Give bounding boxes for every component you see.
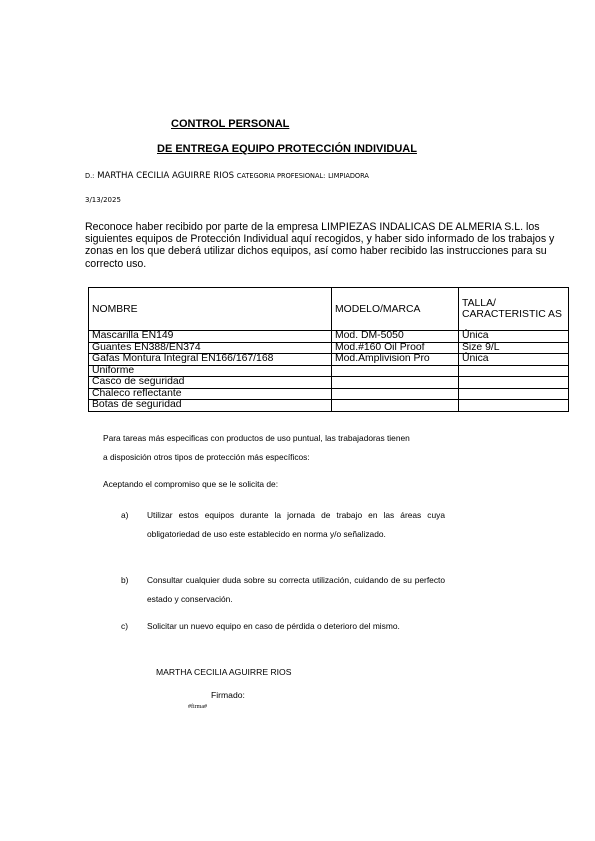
- cell-nombre: Gafas Montura Integral EN166/167/168: [89, 354, 332, 366]
- cell-talla: [459, 365, 569, 377]
- table-row: Guantes EN388/EN374 Mod.#160 Oil Proof S…: [89, 342, 569, 354]
- category-value: LIMPIADORA: [328, 172, 369, 180]
- cell-modelo: Mod. DM-5050: [332, 331, 459, 343]
- item-label: c): [121, 617, 128, 636]
- table-row: Chaleco reflectante: [89, 388, 569, 400]
- title-control-personal: CONTROL PERSONAL: [171, 118, 289, 130]
- table-row: Mascarilla EN149 Mod. DM-5050 Única: [89, 331, 569, 343]
- item-text: Consultar cualquier duda sobre su correc…: [147, 571, 445, 608]
- epi-table: NOMBRE MODELO/MARCA TALLA/ CARACTERISTIC…: [88, 287, 569, 412]
- cell-nombre: Uniforme: [89, 365, 332, 377]
- recipient-prefix: D.:: [85, 172, 94, 180]
- item-label: a): [121, 506, 128, 525]
- cell-modelo: [332, 365, 459, 377]
- cell-nombre: Botas de seguridad: [89, 400, 332, 412]
- cell-nombre: Chaleco reflectante: [89, 388, 332, 400]
- signature-placeholder: #firma#: [188, 704, 207, 710]
- item-text: Utilizar estos equipos durante la jornad…: [147, 506, 445, 543]
- para-specific-line1: Para tareas más especificas con producto…: [103, 433, 410, 443]
- table-row: Gafas Montura Integral EN166/167/168 Mod…: [89, 354, 569, 366]
- title-entrega-epi: DE ENTREGA EQUIPO PROTECCIÓN INDIVIDUAL: [157, 143, 417, 155]
- cell-talla: [459, 388, 569, 400]
- para-specific-line2: a disposición otros tipos de protección …: [103, 452, 310, 462]
- cell-modelo: [332, 388, 459, 400]
- table-row: Uniforme: [89, 365, 569, 377]
- cell-talla: [459, 377, 569, 389]
- item-text: Solicitar un nuevo equipo en caso de pér…: [147, 617, 445, 636]
- cell-nombre: Guantes EN388/EN374: [89, 342, 332, 354]
- para-commitment: Aceptando el compromiso que se le solici…: [103, 479, 278, 489]
- recipient-line: D.: MARTHA CECILIA AGUIRRE RIOS CATEGORI…: [85, 171, 369, 181]
- header-talla: TALLA/ CARACTERISTIC AS: [459, 288, 569, 331]
- document-date: 3/13/2025: [85, 196, 121, 204]
- recipient-name: MARTHA CECILIA AGUIRRE RIOS: [97, 171, 234, 181]
- cell-modelo: Mod.Amplivision Pro: [332, 354, 459, 366]
- header-modelo-marca: MODELO/MARCA: [332, 288, 459, 331]
- category-label: CATEGORIA PROFESIONAL:: [237, 172, 326, 180]
- cell-talla: Única: [459, 354, 569, 366]
- signed-label: Firmado:: [211, 690, 245, 700]
- item-label: b): [121, 571, 128, 590]
- table-header-row: NOMBRE MODELO/MARCA TALLA/ CARACTERISTIC…: [89, 288, 569, 331]
- cell-modelo: Mod.#160 Oil Proof: [332, 342, 459, 354]
- cell-talla: [459, 400, 569, 412]
- intro-paragraph: Reconoce haber recibido por parte de la …: [85, 221, 555, 270]
- cell-modelo: [332, 377, 459, 389]
- signer-name: MARTHA CECILIA AGUIRRE RIOS: [156, 667, 291, 677]
- table-row: Botas de seguridad: [89, 400, 569, 412]
- cell-talla: Única: [459, 331, 569, 343]
- cell-nombre: Mascarilla EN149: [89, 331, 332, 343]
- table-row: Casco de seguridad: [89, 377, 569, 389]
- cell-talla: Size 9/L: [459, 342, 569, 354]
- header-nombre: NOMBRE: [89, 288, 332, 331]
- cell-nombre: Casco de seguridad: [89, 377, 332, 389]
- cell-modelo: [332, 400, 459, 412]
